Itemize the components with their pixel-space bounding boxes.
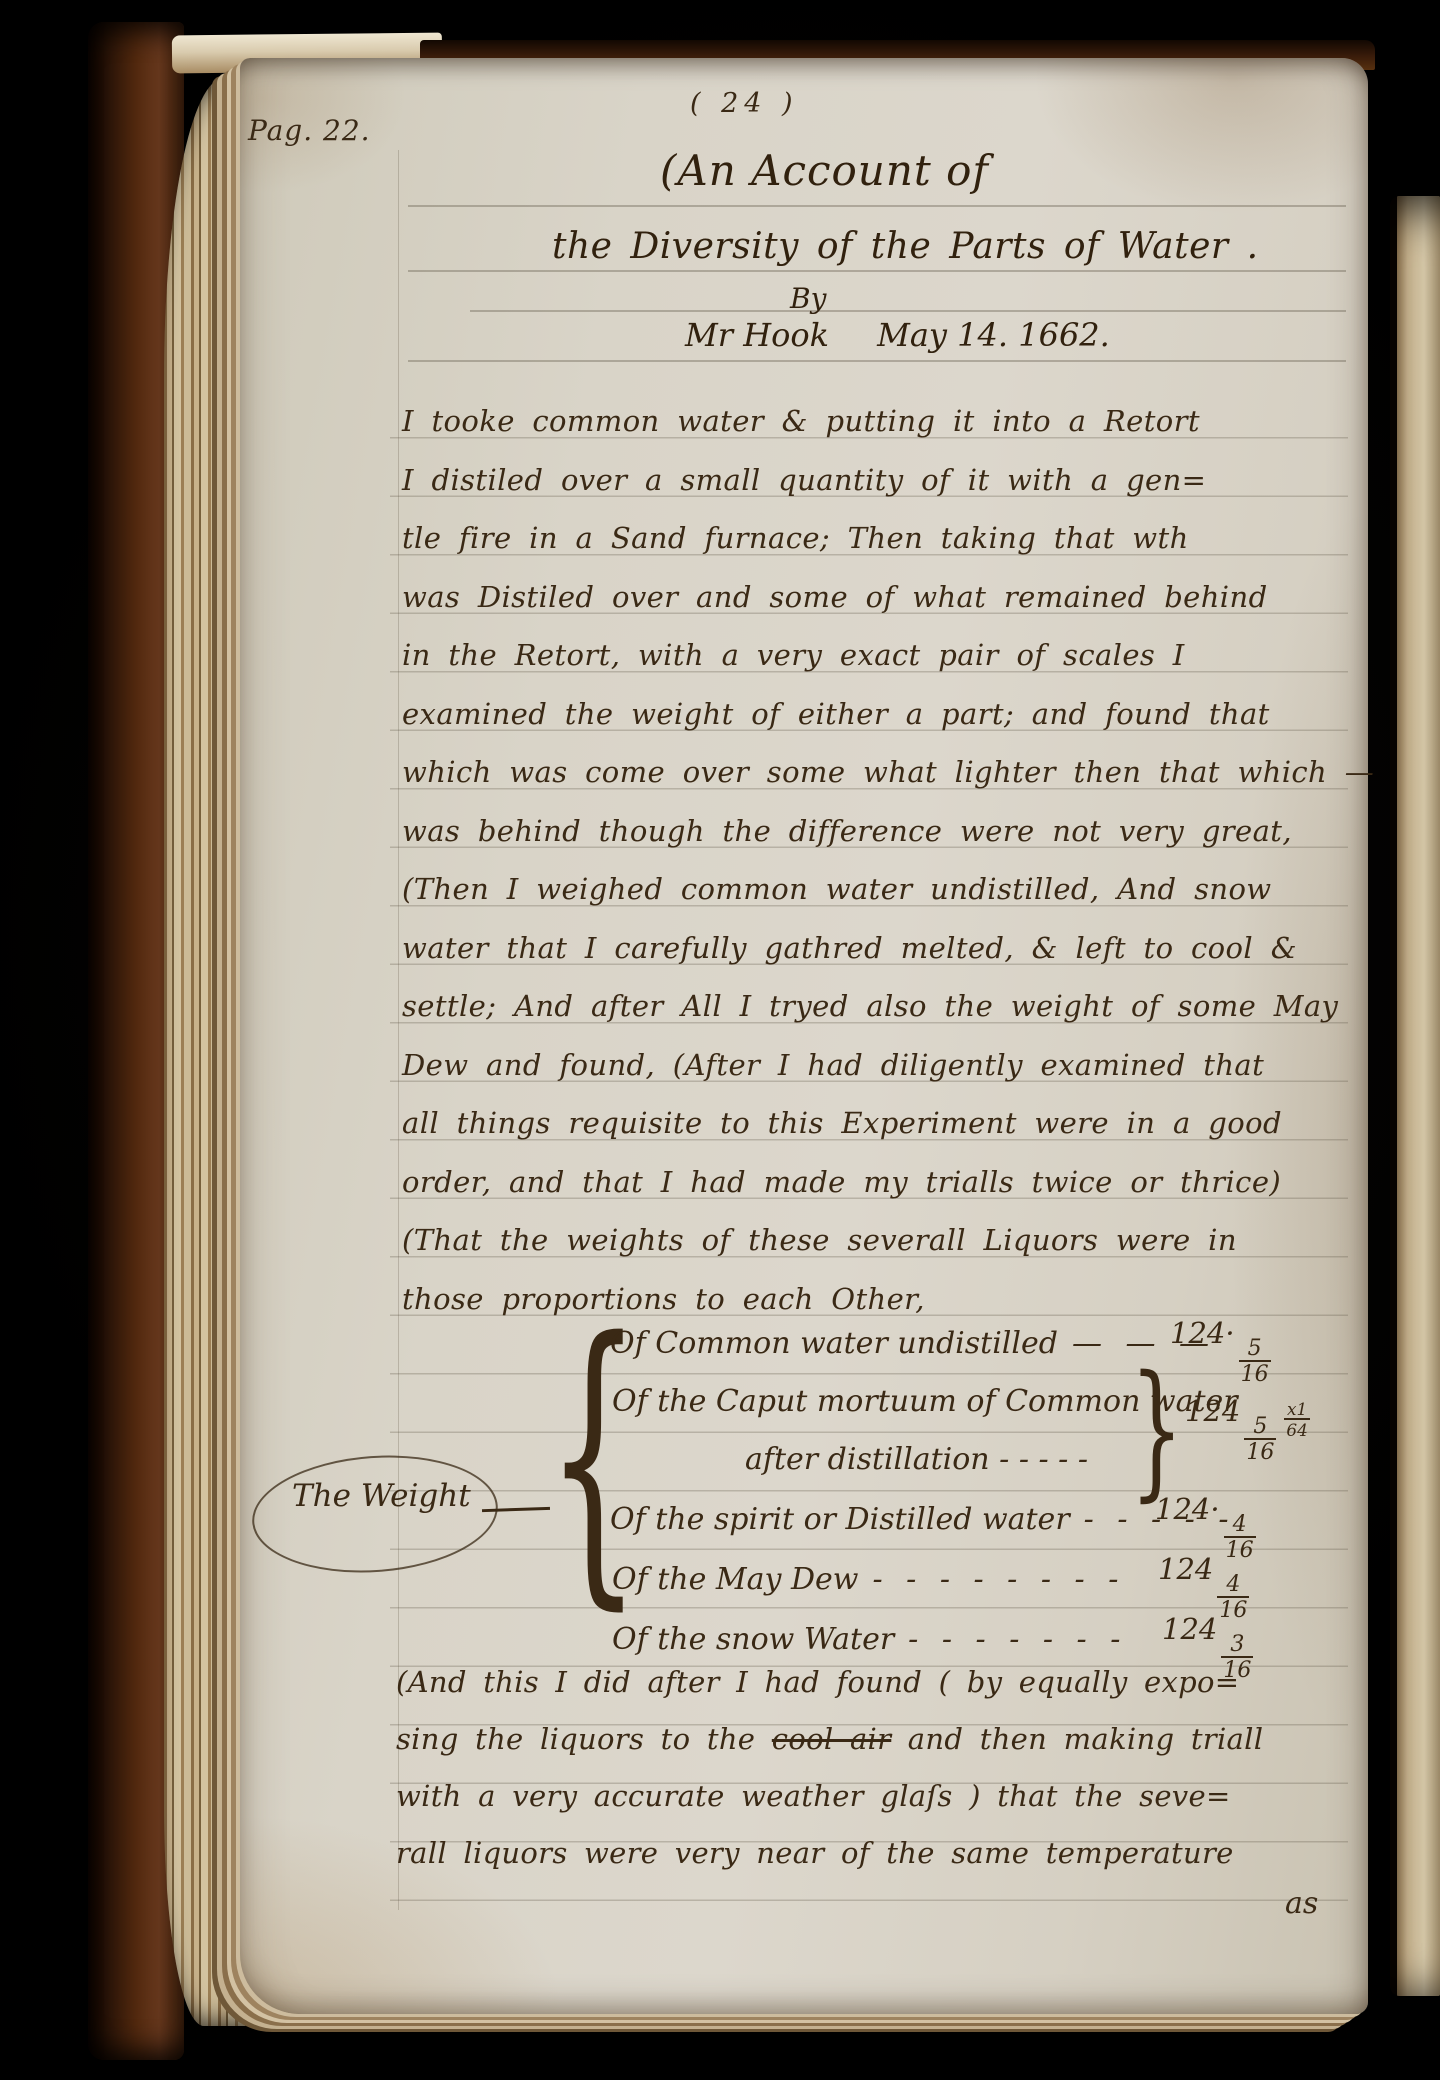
weight-row-value: 124·516 — [1170, 1316, 1271, 1386]
title-rule-line — [408, 360, 1346, 362]
fraction-superscript: x164 — [1284, 1401, 1309, 1439]
manuscript-line: Dew and found, (After I had diligently e… — [402, 1036, 1352, 1095]
photograph-background: Pag. 22. ( 24 ) (An Account of the Diver… — [0, 0, 1440, 2080]
manuscript-line: (Then I weighed common water undistilled… — [402, 860, 1352, 919]
byline: By — [790, 282, 826, 315]
marginal-page-label: Pag. 22. — [248, 114, 371, 147]
manuscript-line: in the Retort, with a very exact pair of… — [402, 626, 1352, 685]
manuscript-line: all things requisite to this Experiment … — [402, 1094, 1352, 1153]
fraction: 516 — [1244, 1416, 1276, 1464]
struck-through-text: cool air — [772, 1722, 891, 1756]
filler-dashes: - - - - - - - - — [872, 1562, 1125, 1597]
fraction: 516 — [1239, 1338, 1271, 1386]
manuscript-line: tle fire in a Sand furnace; Then taking … — [402, 509, 1352, 568]
title-line-1: (An Account of — [660, 146, 989, 195]
weight-row-label: Of the snow Water- - - - - - - — [612, 1622, 1127, 1657]
manuscript-line: was behind though the difference were no… — [402, 802, 1352, 861]
manuscript-line: order, and that I had made my trialls tw… — [402, 1153, 1352, 1212]
manuscript-line: I distiled over a small quantity of it w… — [402, 451, 1352, 510]
weight-row-value: 124516x164 — [1185, 1394, 1310, 1464]
manuscript-date: May 14. 1662. — [877, 316, 1110, 354]
manuscript-line: sing the liquors to the cool air and the… — [396, 1711, 1356, 1768]
brace-right-icon — [1130, 1356, 1183, 1503]
manuscript-line: with a very accurate weather glaſs ) tha… — [396, 1768, 1356, 1825]
manuscript-line: (That the weights of these severall Liqu… — [402, 1211, 1352, 1270]
author-name: Mr Hook — [685, 316, 829, 354]
title-rule-line — [470, 310, 1346, 312]
manuscript-line: was Distiled over and some of what remai… — [402, 568, 1352, 627]
catchword: as — [1285, 1886, 1318, 1921]
folio-number: ( 24 ) — [690, 88, 799, 119]
manuscript-line: water that I carefully gathred melted, &… — [402, 919, 1352, 978]
manuscript-line: which was come over some what lighter th… — [402, 743, 1352, 802]
closing-paragraph: (And this I did after I had found ( by e… — [396, 1654, 1356, 1882]
weight-row-label: Of the spirit or Distilled water- - - - … — [610, 1502, 1235, 1537]
weight-row-label-2: after distillation - - - - - — [745, 1442, 1088, 1477]
manuscript-line: rall liquors were very near of the same … — [396, 1825, 1356, 1882]
manuscript-page: Pag. 22. ( 24 ) (An Account of the Diver… — [240, 58, 1368, 2014]
weight-row-label: Of the May Dew- - - - - - - - — [612, 1562, 1125, 1597]
manuscript-line: examined the weight of either a part; an… — [402, 685, 1352, 744]
manuscript-body: I tooke common water & putting it into a… — [402, 392, 1352, 1328]
author-date-row: Mr Hook May 14. 1662. — [685, 316, 1110, 354]
manuscript-line: (And this I did after I had found ( by e… — [396, 1654, 1356, 1711]
manuscript-line: settle; And after All I tryed also the w… — [402, 977, 1352, 1036]
facing-page-edge — [1390, 196, 1440, 1996]
title-rule-line — [408, 205, 1346, 207]
filler-dashes: - - - - - - - — [908, 1622, 1127, 1657]
manuscript-line: I tooke common water & putting it into a… — [402, 392, 1352, 451]
title-line-2: the Diversity of the Parts of Water . — [552, 226, 1259, 267]
title-rule-line — [408, 270, 1346, 272]
weight-row-label: Of Common water undistilled— — — — [610, 1326, 1216, 1361]
weight-label: The Weight — [292, 1478, 471, 1514]
